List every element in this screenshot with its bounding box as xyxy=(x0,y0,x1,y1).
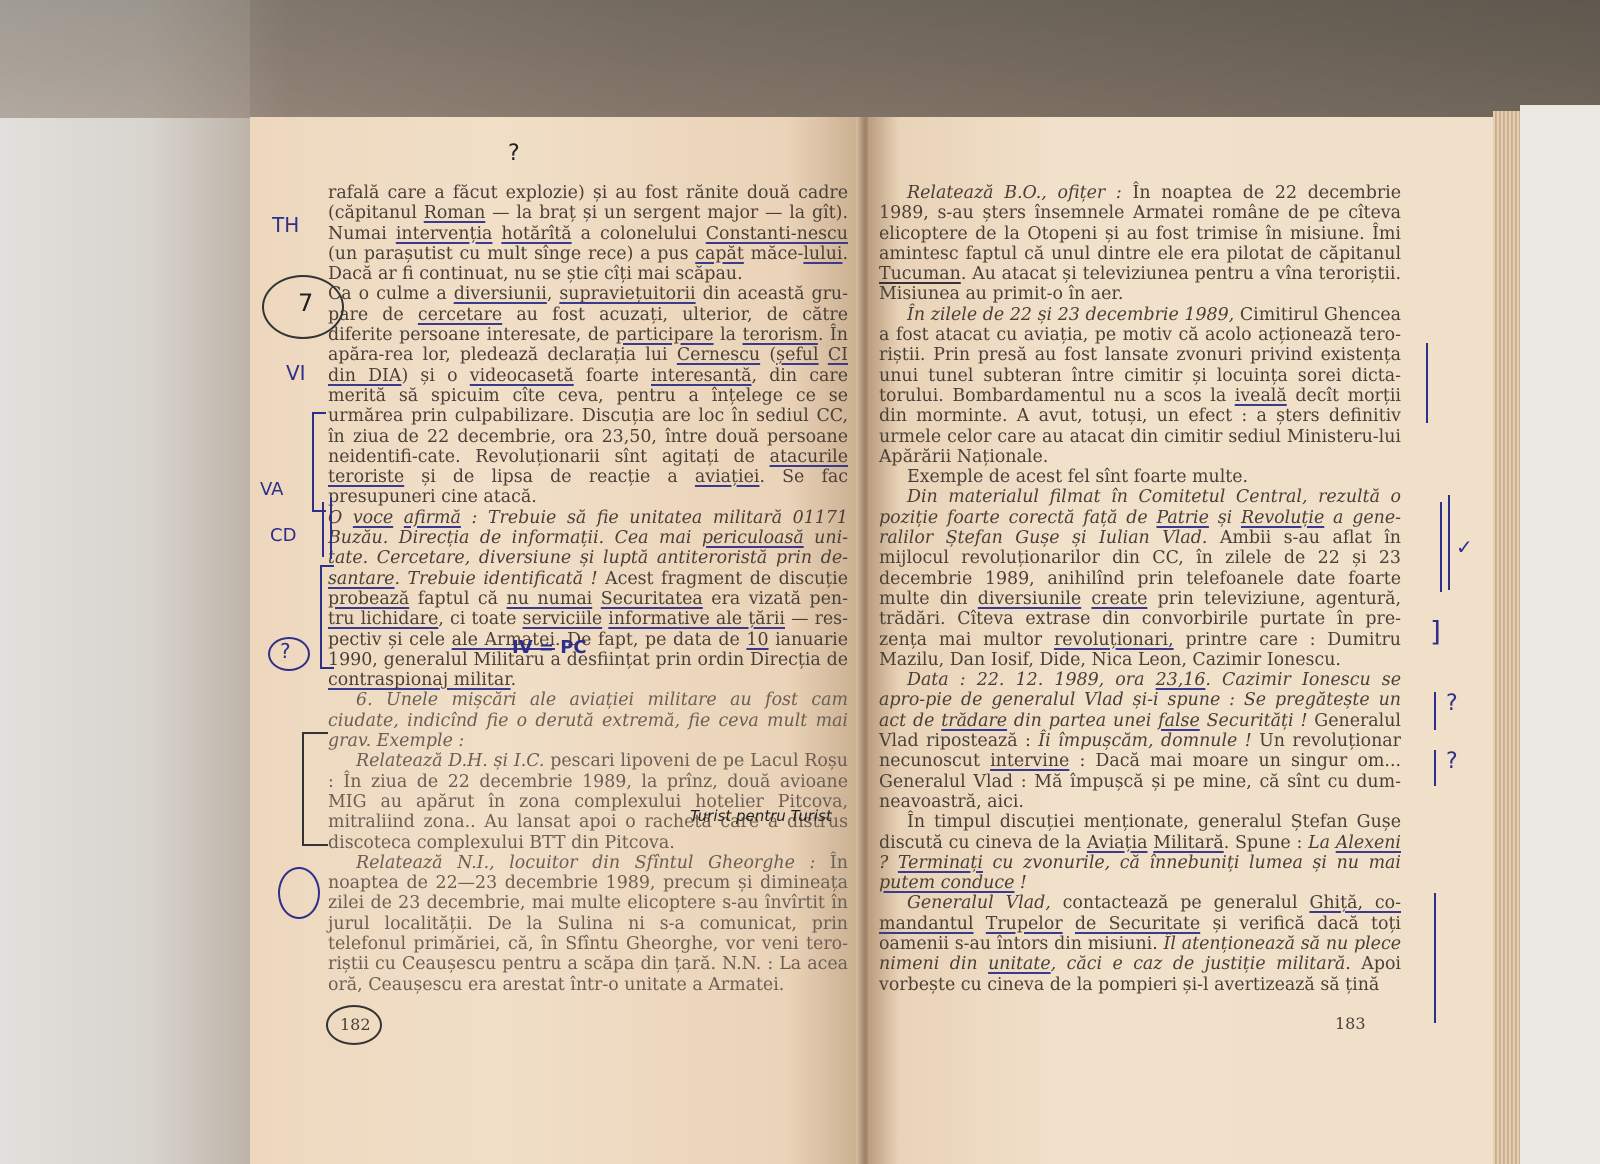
margin-line-annotation xyxy=(330,497,332,559)
paragraph: Ca o culme a diversiunii, supraviețuitor… xyxy=(328,284,848,507)
paragraph: În zilele de 22 și 23 decembrie 1989, Ci… xyxy=(879,305,1401,467)
margin-line-annotation xyxy=(1426,343,1428,423)
handwritten-question-mark: ? xyxy=(508,141,520,166)
paragraph: Relatează D.H. și I.C. pescari lipoveni … xyxy=(328,751,848,852)
handwritten-check-mark: ✓ xyxy=(1456,535,1473,559)
scanner-background-top xyxy=(0,0,1600,118)
left-page-text: rafală care a făcut explozie) și au fost… xyxy=(328,183,848,995)
book-page-edges xyxy=(1493,111,1520,1164)
margin-bracket-annotation xyxy=(302,732,328,846)
page-number: 183 xyxy=(1335,1014,1366,1033)
handwritten-number-7: 7 xyxy=(298,289,313,317)
margin-line-annotation xyxy=(1440,502,1442,592)
handwritten-note-va: VA xyxy=(260,479,283,500)
handwritten-note-vi: VI xyxy=(286,361,306,385)
margin-bracket-annotation xyxy=(320,565,334,669)
paragraph: Generalul Vlad, contactează pe generalul… xyxy=(879,893,1401,994)
paragraph: Exemple de acest fel sînt foarte multe. xyxy=(879,467,1401,487)
handwritten-note-th: TH xyxy=(272,213,299,237)
paragraph: O voce afirmă : Trebuie să fie unitatea … xyxy=(328,508,848,691)
handwritten-note-iv-pc: IV = PC xyxy=(512,637,587,658)
margin-bracket-annotation xyxy=(312,412,326,512)
handwritten-question-mark: ? xyxy=(280,639,291,663)
handwritten-bracket-annotation: ] xyxy=(1430,615,1441,648)
left-page: rafală care a făcut explozie) și au fost… xyxy=(250,117,862,1164)
margin-line-annotation xyxy=(1434,692,1436,730)
margin-line-annotation xyxy=(322,502,324,557)
right-page-text: Relatează B.O., ofițer : În noaptea de 2… xyxy=(879,183,1401,995)
margin-line-annotation xyxy=(1434,750,1436,786)
handwritten-note-turist: Turist pentru Turist xyxy=(690,807,832,825)
right-page: Relatează B.O., ofițer : În noaptea de 2… xyxy=(868,117,1493,1164)
handwritten-question-mark: ? xyxy=(1446,749,1458,774)
paragraph: Din materialul filmat în Comitetul Centr… xyxy=(879,487,1401,670)
margin-line-annotation xyxy=(1448,495,1450,590)
circled-symbol-annotation xyxy=(278,867,320,919)
scanner-background-left xyxy=(0,0,250,1164)
paragraph: În timpul discuției menționate, generalu… xyxy=(879,812,1401,893)
page-number-circle-annotation xyxy=(326,1005,382,1045)
paragraph: 6. Unele mișcări ale aviației militare a… xyxy=(328,690,848,751)
scanner-background-right xyxy=(1520,105,1600,1164)
paragraph: Relatează N.I., locuitor din Sfîntul Ghe… xyxy=(328,853,848,995)
handwritten-question-mark: ? xyxy=(1446,691,1458,716)
paragraph: Data : 22. 12. 1989, ora 23,16. Cazimir … xyxy=(879,670,1401,812)
paragraph: rafală care a făcut explozie) și au fost… xyxy=(328,183,848,284)
handwritten-note-cd: CD xyxy=(270,525,296,546)
margin-line-annotation xyxy=(1434,893,1436,1023)
paragraph: Relatează B.O., ofițer : În noaptea de 2… xyxy=(879,183,1401,305)
